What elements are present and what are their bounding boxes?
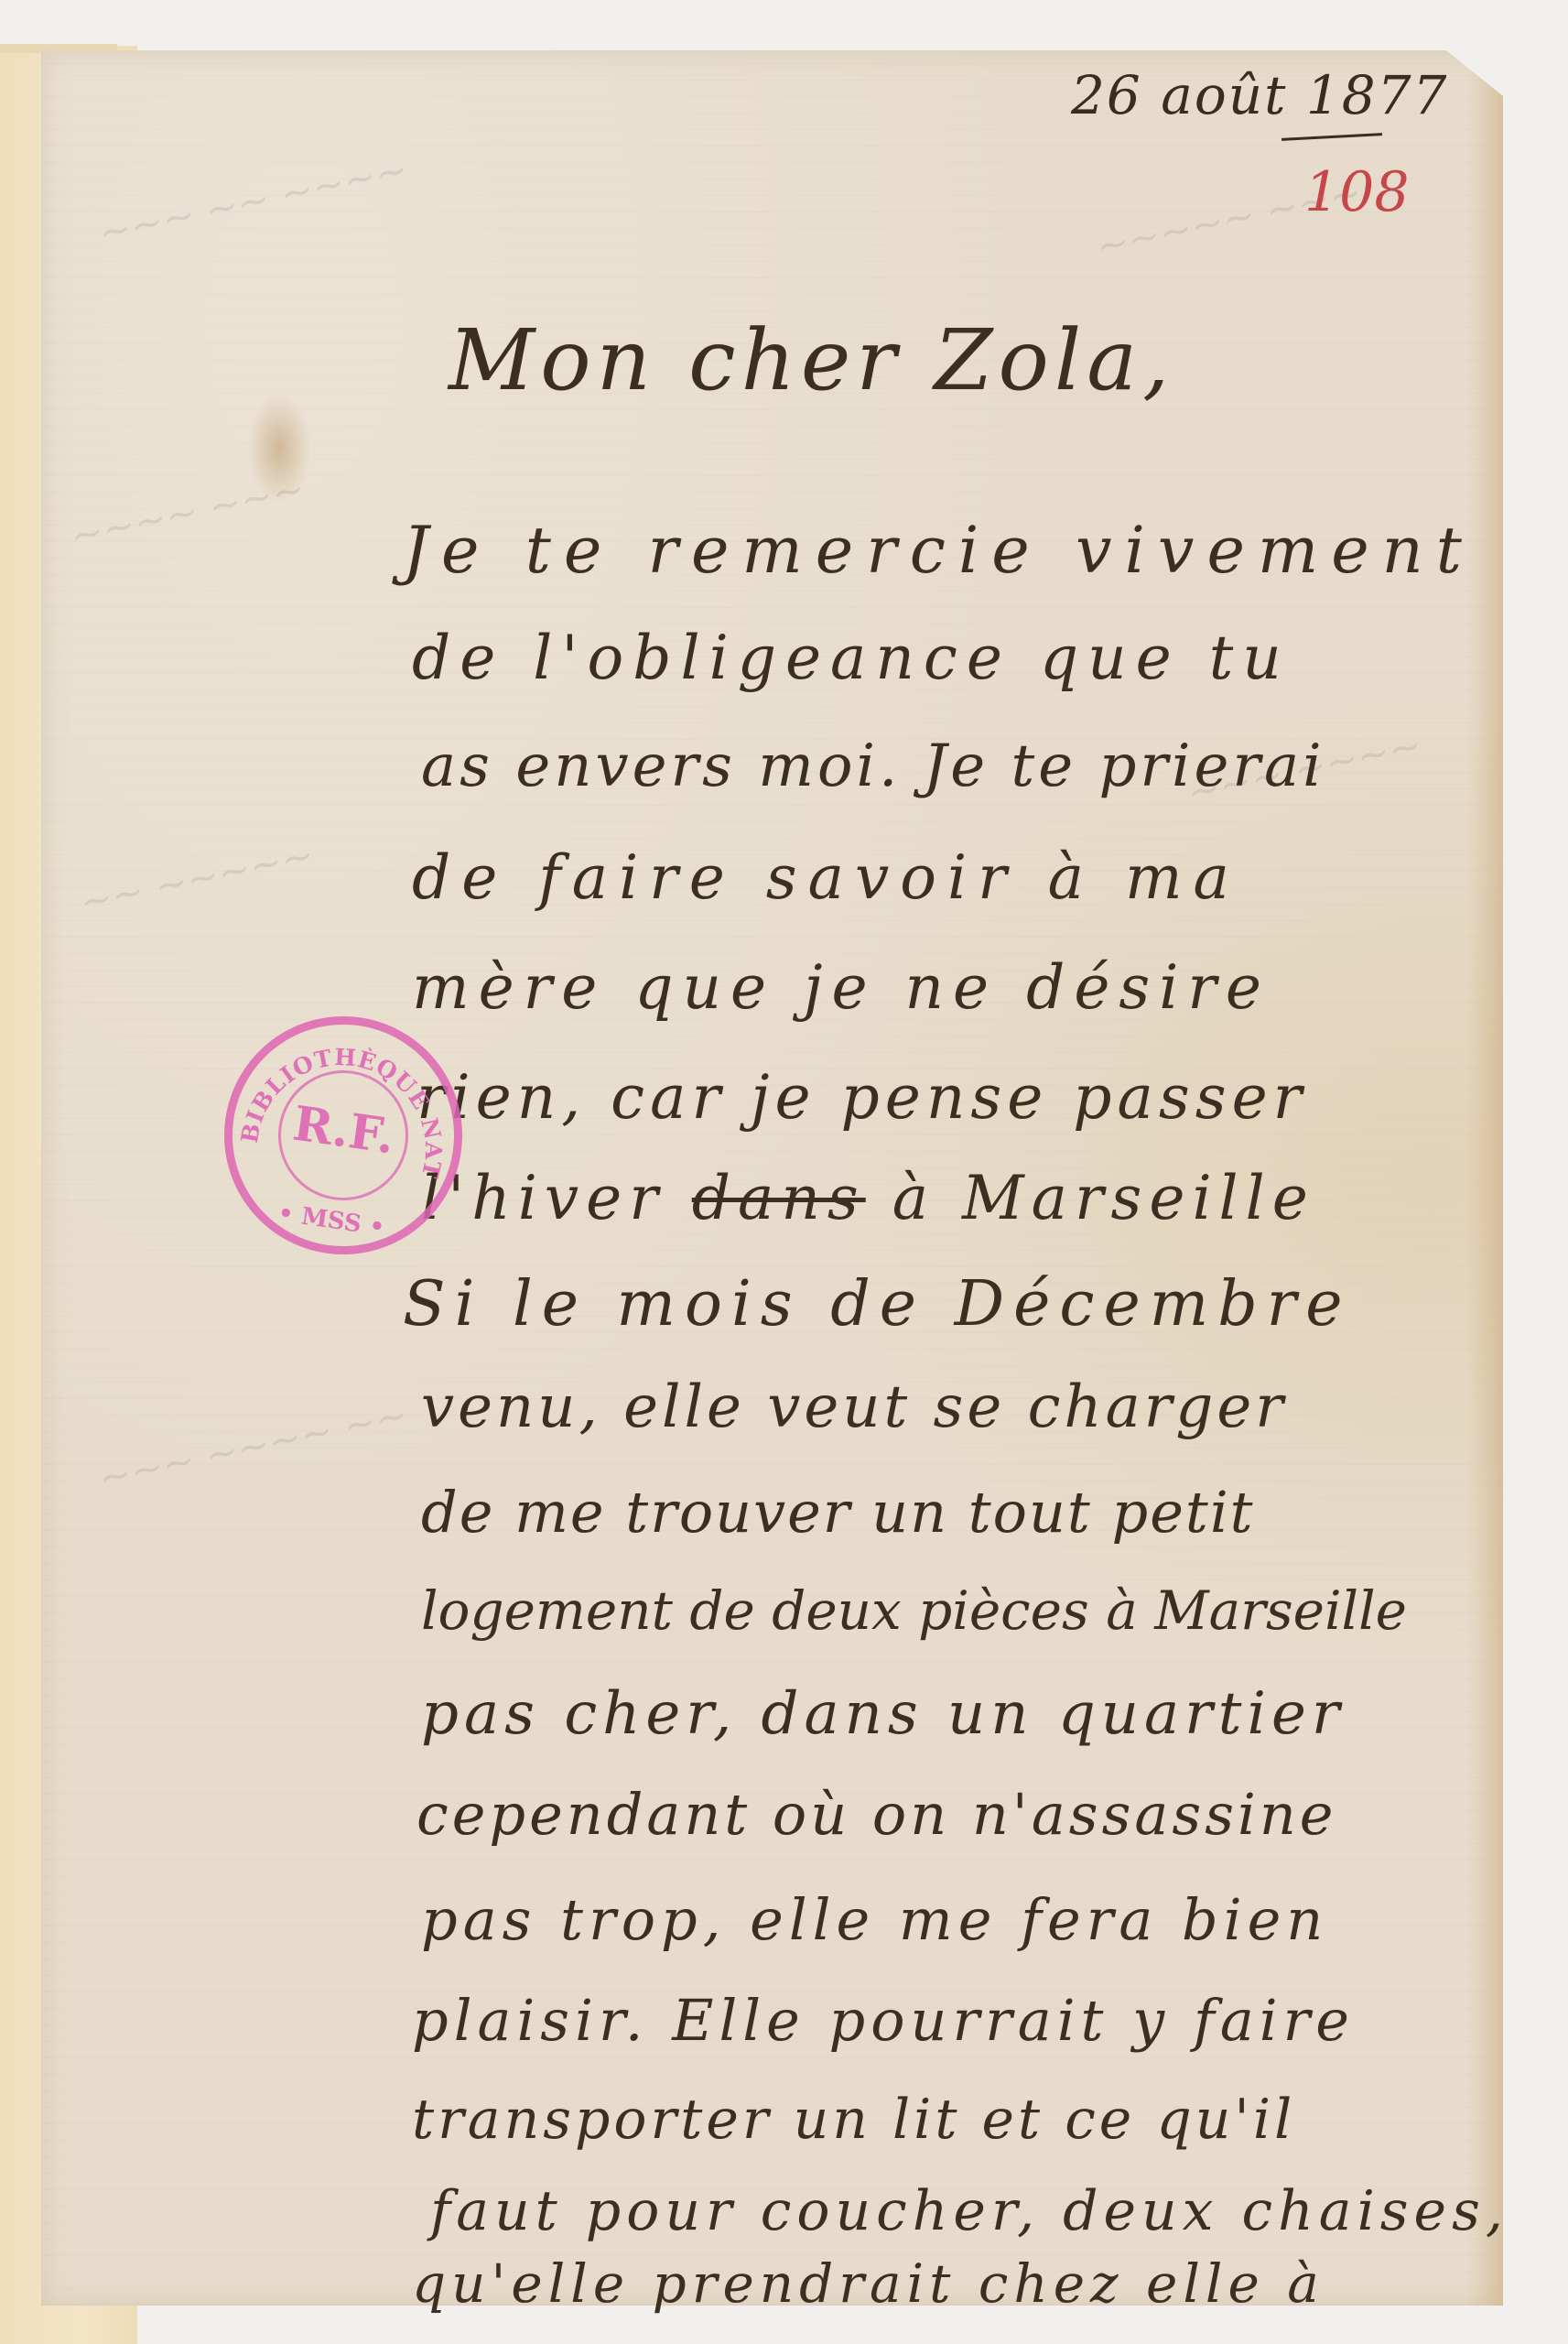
letter-line-4: de faire savoir à ma — [412, 842, 1240, 913]
letter-line-13: cependant où on n'assassine — [416, 1781, 1337, 1848]
letter-line-11: logement de deux pièces à Marseille — [421, 1579, 1407, 1642]
letter-line-1: Je te remercie vivement — [403, 513, 1475, 588]
letter-line-16: transporter un lit et ce qu'il — [412, 2088, 1295, 2152]
letter-line-6: rien, car je pense passer — [416, 1062, 1307, 1133]
struck-word: dans — [692, 1163, 866, 1233]
bleed-through-text: ~~~ ~~~~ ~~ — [95, 1392, 412, 1501]
letter-date: 26 août 1877 — [1071, 64, 1448, 126]
letter-line-18: qu'elle prendrait chez elle à — [412, 2252, 1325, 2315]
letter-line-8: Si le mois de Décembre — [403, 1268, 1351, 1340]
letter-line-5: mère que je ne désire — [412, 952, 1271, 1023]
letter-line-3: as envers moi. Je te prierai — [421, 732, 1325, 800]
letter-line-7: l'hiver dans à Marseille — [421, 1163, 1315, 1233]
letter-line-10: de me trouver un tout petit — [421, 1479, 1255, 1546]
library-stamp: BIBLIOTHÈQUE NATIONALE R.F. • MSS • — [209, 1001, 478, 1270]
letter-line-2: de l'obligeance que tu — [412, 623, 1291, 693]
bleed-through-text: ~~ ~~~~~ — [76, 832, 318, 926]
letter-line-9: venu, elle veut se charger — [421, 1373, 1287, 1441]
letter-line-14: pas trop, elle me fera bien — [421, 1886, 1328, 1953]
letter-line-12: pas cher, dans un quartier — [421, 1680, 1345, 1748]
letter-line-17: faut pour coucher, deux chaises, — [430, 2179, 1509, 2243]
bleed-through-text: ~~~~ ~~~ — [67, 466, 308, 559]
bleed-through-text: ~~~ ~~ ~~~~ — [95, 146, 412, 255]
folio-number: 108 — [1304, 160, 1410, 224]
letter-line-7-end: à Marseille — [892, 1163, 1315, 1233]
salutation: Mon cher Zola, — [449, 311, 1174, 409]
letter-line-7-start: l'hiver — [421, 1163, 665, 1233]
letter-line-15: plaisir. Elle pourrait y faire — [412, 1987, 1355, 2054]
page-edge-discoloration — [1466, 50, 1503, 2306]
